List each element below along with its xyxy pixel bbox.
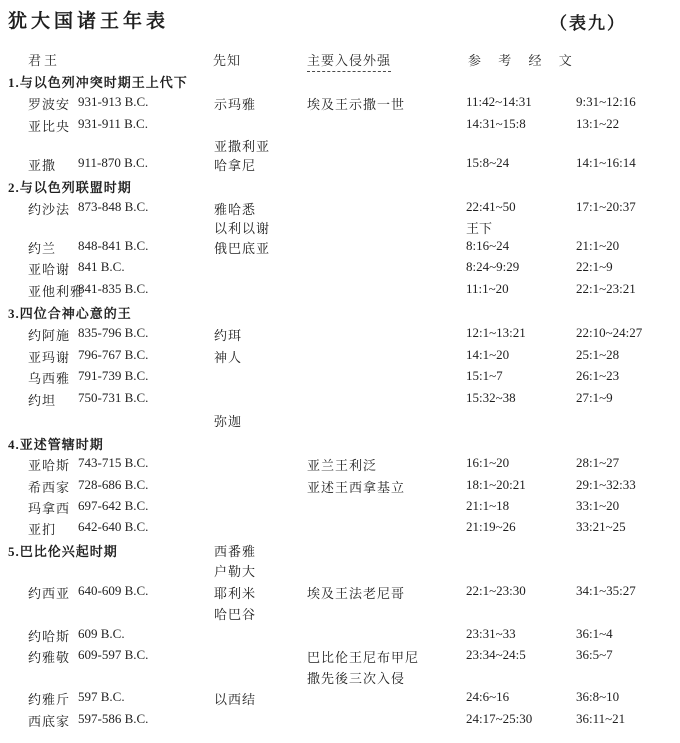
section-heading: 2.与以色列联盟时期 (8, 177, 132, 196)
prophet-name: 哈拿尼 (214, 155, 256, 174)
table-row: 户勒大 (0, 561, 680, 579)
invader-name: 巴比伦王尼布甲尼 (307, 647, 419, 666)
table-row: 撒先後三次入侵 (0, 668, 680, 686)
prophet-name: 户勒大 (214, 561, 256, 580)
invader-name: 撒先後三次入侵 (307, 668, 405, 687)
reference-chronicles: 29:1~32:33 (576, 477, 636, 493)
table-row: 约雅斤597 B.C.以西结24:6~1636:8~10 (0, 689, 680, 707)
king-reign-dates: 597-586 B.C. (78, 711, 148, 727)
table-row: 亚他利雅841-835 B.C.11:1~2022:1~23:21 (0, 281, 680, 299)
prophet-name: 以西结 (214, 689, 256, 708)
invader-name: 埃及王法老尼哥 (307, 583, 405, 602)
reference-chronicles: 36:11~21 (576, 711, 625, 727)
king-name: 约哈斯 (28, 626, 70, 645)
king-reign-dates: 873-848 B.C. (78, 199, 148, 215)
section-heading: 3.四位合神心意的王 (8, 303, 132, 322)
reference-chronicles: 34:1~35:27 (576, 583, 636, 599)
table-row: 弥迦 (0, 411, 680, 429)
prophet-name: 神人 (214, 347, 242, 366)
reference-chronicles: 36:1~4 (576, 626, 613, 642)
table-row: 亚玛谢796-767 B.C.神人14:1~2025:1~28 (0, 347, 680, 365)
reference-kings: 21:1~18 (466, 498, 509, 514)
section-row: 1.与以色列冲突时期王上代下 (0, 72, 680, 90)
section-heading: 4.亚述管辖时期 (8, 434, 104, 453)
reference-kings: 23:34~24:5 (466, 647, 526, 663)
reference-kings: 8:24~9:29 (466, 259, 519, 275)
table-row: 约哈斯609 B.C.23:31~3336:1~4 (0, 626, 680, 644)
reference-kings: 21:19~26 (466, 519, 516, 535)
reference-kings: 8:16~24 (466, 238, 509, 254)
reference-chronicles: 22:1~23:21 (576, 281, 636, 297)
reference-chronicles: 28:1~27 (576, 455, 619, 471)
reference-kings: 23:31~33 (466, 626, 516, 642)
table-row: 约雅敬609-597 B.C.巴比伦王尼布甲尼23:34~24:536:5~7 (0, 647, 680, 665)
section-heading: 5.巴比伦兴起时期 (8, 541, 118, 560)
reference-kings: 18:1~20:21 (466, 477, 526, 493)
table-row: 亚扪642-640 B.C.21:19~2633:21~25 (0, 519, 680, 537)
king-reign-dates: 743-715 B.C. (78, 455, 148, 471)
invader-name: 埃及王示撒一世 (307, 94, 405, 113)
section-row: 2.与以色列联盟时期 (0, 177, 680, 195)
reference-chronicles: 36:8~10 (576, 689, 619, 705)
table-row: 罗波安931-913 B.C.示玛雅埃及王示撒一世11:42~14:319:31… (0, 94, 680, 112)
column-header-king: 君王 (28, 50, 60, 69)
reference-kings: 15:1~7 (466, 368, 503, 384)
document-page: 犹大国诸王年表 （表九） 君王 先知 主要入侵外强 参 考 经 文 1.与以色列… (0, 0, 680, 743)
prophet-name: 以利以谢 (214, 218, 270, 237)
reference-chronicles: 22:1~9 (576, 259, 613, 275)
king-name: 亚玛谢 (28, 347, 70, 366)
reference-kings: 王下 (466, 218, 492, 237)
prophet-name: 哈巴谷 (214, 604, 256, 623)
prophet-name: 俄巴底亚 (214, 238, 270, 257)
king-name: 西底家 (28, 711, 70, 730)
king-name: 亚他利雅 (28, 281, 84, 300)
table-row: 约西亚640-609 B.C.耶利米埃及王法老尼哥22:1~23:3034:1~… (0, 583, 680, 601)
reference-chronicles: 13:1~22 (576, 116, 619, 132)
king-reign-dates: 931-911 B.C. (78, 116, 148, 132)
table-row: 西底家597-586 B.C.24:17~25:3036:11~21 (0, 711, 680, 729)
reference-kings: 15:32~38 (466, 390, 516, 406)
king-reign-dates: 609-597 B.C. (78, 647, 148, 663)
king-name: 约兰 (28, 238, 56, 257)
table-number-label: （表九） (550, 9, 626, 34)
reference-kings: 15:8~24 (466, 155, 509, 171)
king-reign-dates: 697-642 B.C. (78, 498, 148, 514)
prophet-name: 雅哈悉 (214, 199, 256, 218)
reference-chronicles: 25:1~28 (576, 347, 619, 363)
king-name: 希西家 (28, 477, 70, 496)
king-name: 乌西雅 (28, 368, 70, 387)
king-reign-dates: 841 B.C. (78, 259, 125, 275)
column-header-reference: 参 考 经 文 (468, 50, 579, 69)
table-row: 约阿施835-796 B.C.约珥12:1~13:2122:10~24:27 (0, 325, 680, 343)
prophet-name: 约珥 (214, 325, 242, 344)
king-reign-dates: 911-870 B.C. (78, 155, 148, 171)
king-reign-dates: 848-841 B.C. (78, 238, 148, 254)
table-row: 约沙法873-848 B.C.雅哈悉22:41~5017:1~20:37 (0, 199, 680, 217)
king-name: 罗波安 (28, 94, 70, 113)
table-row: 亚撒利亚 (0, 136, 680, 154)
reference-kings: 24:17~25:30 (466, 711, 532, 727)
reference-kings: 11:1~20 (466, 281, 509, 297)
prophet-name: 西番雅 (214, 541, 256, 560)
table-row: 约坦750-731 B.C.15:32~3827:1~9 (0, 390, 680, 408)
king-reign-dates: 791-739 B.C. (78, 368, 148, 384)
king-reign-dates: 642-640 B.C. (78, 519, 148, 535)
section-row: 4.亚述管辖时期 (0, 434, 680, 452)
table-row: 亚比央931-911 B.C.14:31~15:813:1~22 (0, 116, 680, 134)
king-name: 亚哈斯 (28, 455, 70, 474)
column-header-invader: 主要入侵外强 (307, 50, 391, 72)
reference-kings: 14:31~15:8 (466, 116, 526, 132)
king-reign-dates: 609 B.C. (78, 626, 125, 642)
table-row: 哈巴谷 (0, 604, 680, 622)
reference-chronicles: 22:10~24:27 (576, 325, 642, 341)
table-row: 希西家728-686 B.C.亚述王西拿基立18:1~20:2129:1~32:… (0, 477, 680, 495)
reference-kings: 14:1~20 (466, 347, 509, 363)
table-row: 乌西雅791-739 B.C.15:1~726:1~23 (0, 368, 680, 386)
table-row: 亚哈斯743-715 B.C.亚兰王利泛16:1~2028:1~27 (0, 455, 680, 473)
king-reign-dates: 750-731 B.C. (78, 390, 148, 406)
king-name: 亚撒 (28, 155, 56, 174)
king-name: 亚哈谢 (28, 259, 70, 278)
table-row: 亚撒911-870 B.C.哈拿尼15:8~2414:1~16:14 (0, 155, 680, 173)
prophet-name: 弥迦 (214, 411, 242, 430)
king-name: 约阿施 (28, 325, 70, 344)
reference-kings: 12:1~13:21 (466, 325, 526, 341)
reference-chronicles: 33:21~25 (576, 519, 626, 535)
king-reign-dates: 796-767 B.C. (78, 347, 148, 363)
table-row: 玛拿西697-642 B.C.21:1~1833:1~20 (0, 498, 680, 516)
table-row: 亚哈谢841 B.C.8:24~9:2922:1~9 (0, 259, 680, 277)
invader-name: 亚述王西拿基立 (307, 477, 405, 496)
king-name: 亚扪 (28, 519, 56, 538)
section-row: 3.四位合神心意的王 (0, 303, 680, 321)
king-reign-dates: 835-796 B.C. (78, 325, 148, 341)
reference-chronicles: 27:1~9 (576, 390, 613, 406)
table-row: 以利以谢王下 (0, 218, 680, 236)
reference-kings: 22:1~23:30 (466, 583, 526, 599)
reference-chronicles: 21:1~20 (576, 238, 619, 254)
prophet-name: 亚撒利亚 (214, 136, 270, 155)
king-name: 约西亚 (28, 583, 70, 602)
reference-kings: 24:6~16 (466, 689, 509, 705)
king-name: 约雅敬 (28, 647, 70, 666)
king-reign-dates: 841-835 B.C. (78, 281, 148, 297)
reference-chronicles: 33:1~20 (576, 498, 619, 514)
prophet-name: 耶利米 (214, 583, 256, 602)
reference-chronicles: 17:1~20:37 (576, 199, 636, 215)
column-header-prophet: 先知 (213, 50, 241, 69)
reference-kings: 22:41~50 (466, 199, 516, 215)
section-heading: 1.与以色列冲突时期王上代下 (8, 72, 188, 91)
king-name: 约沙法 (28, 199, 70, 218)
reference-chronicles: 9:31~12:16 (576, 94, 636, 110)
king-reign-dates: 640-609 B.C. (78, 583, 148, 599)
reference-chronicles: 36:5~7 (576, 647, 613, 663)
table-row: 约兰848-841 B.C.俄巴底亚8:16~2421:1~20 (0, 238, 680, 256)
king-reign-dates: 597 B.C. (78, 689, 125, 705)
king-name: 约坦 (28, 390, 56, 409)
king-reign-dates: 931-913 B.C. (78, 94, 148, 110)
reference-chronicles: 26:1~23 (576, 368, 619, 384)
section-row: 5.巴比伦兴起时期西番雅 (0, 541, 680, 559)
reference-chronicles: 14:1~16:14 (576, 155, 636, 171)
king-name: 玛拿西 (28, 498, 70, 517)
page-title: 犹大国诸王年表 (8, 6, 169, 33)
king-name: 约雅斤 (28, 689, 70, 708)
king-name: 亚比央 (28, 116, 70, 135)
king-reign-dates: 728-686 B.C. (78, 477, 148, 493)
reference-kings: 11:42~14:31 (466, 94, 532, 110)
reference-kings: 16:1~20 (466, 455, 509, 471)
prophet-name: 示玛雅 (214, 94, 256, 113)
invader-name: 亚兰王利泛 (307, 455, 377, 474)
